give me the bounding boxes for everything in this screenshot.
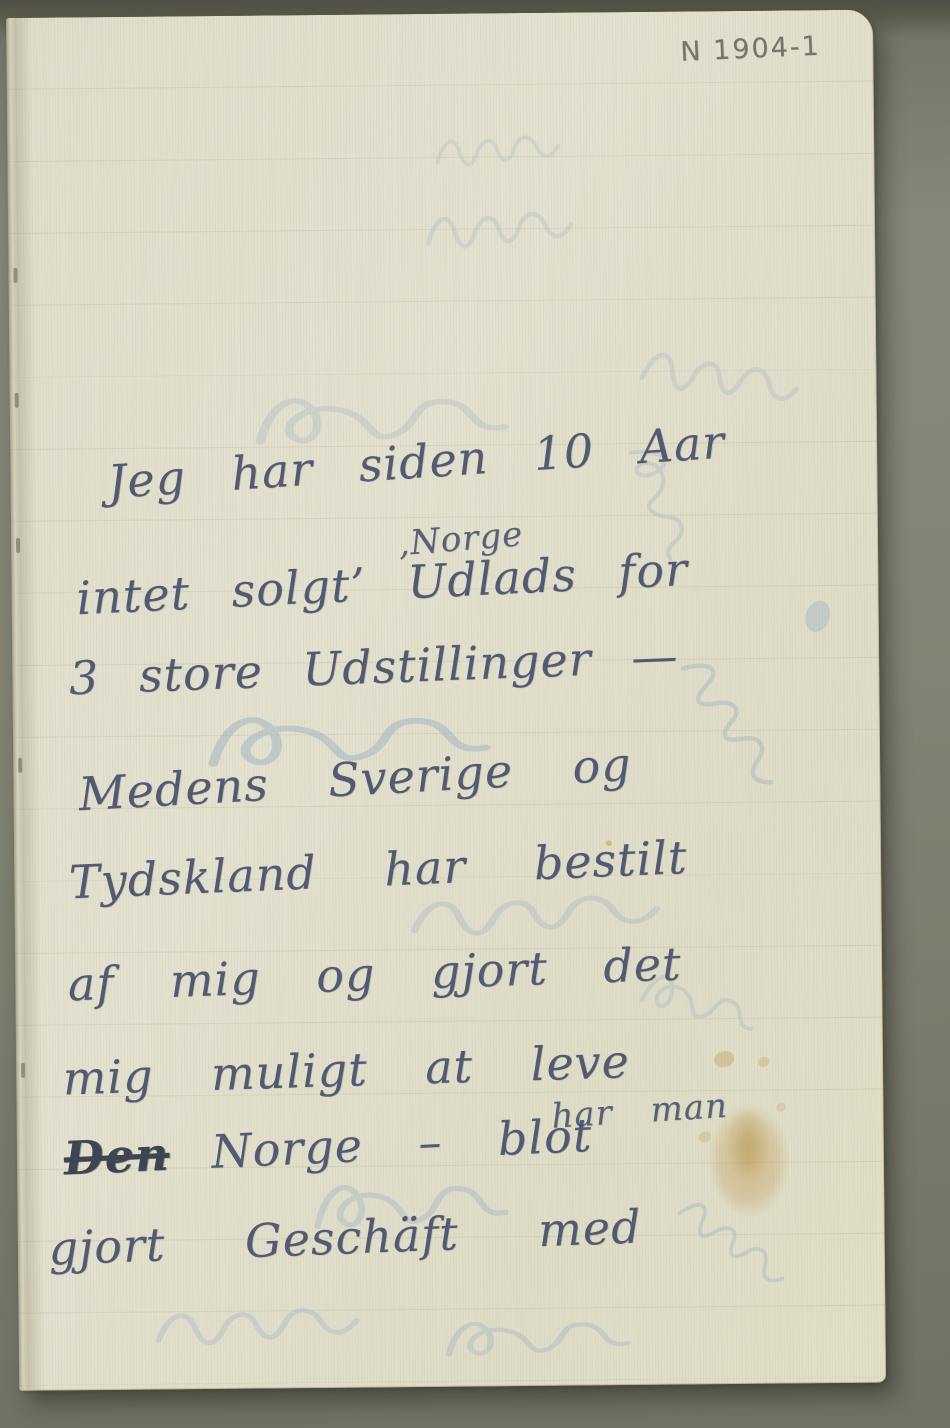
binding-stitch — [18, 758, 22, 773]
binding-stitch — [16, 538, 20, 553]
handwritten-line-3: 3 store Udstillinger — — [68, 631, 679, 704]
line-8-text: Norge – blot — [210, 1108, 593, 1179]
handwritten-line-6: af mig og gjort det — [67, 939, 682, 1010]
catalog-number: N 1904-1 — [680, 28, 871, 67]
handwritten-line-8: DenNorge – blot — [63, 1110, 594, 1184]
struck-word: Den — [63, 1127, 171, 1186]
binding-stitch — [21, 1063, 25, 1078]
handwritten-line-1: Jeg har siden 10 Aar — [106, 417, 726, 508]
handwritten-line-2: intet solgt’ Udlads for — [75, 544, 689, 624]
stain-spot — [714, 1051, 734, 1067]
binding-stitch — [13, 268, 17, 283]
handwritten-line-5: Tydskland har bestilt — [68, 832, 688, 908]
binding-fold — [6, 18, 47, 1390]
binding-stitch — [15, 393, 19, 408]
handwritten-line-9: gjort Geschäft med — [48, 1201, 643, 1274]
manuscript-page: N 1904-1 Jeg har siden 10 Aar ,Norge int… — [6, 10, 886, 1391]
handwritten-line-7: mig muligt at leve — [62, 1036, 631, 1104]
stain-spot — [758, 1057, 769, 1067]
handwritten-line-4: Medens Sverige og — [77, 739, 633, 820]
